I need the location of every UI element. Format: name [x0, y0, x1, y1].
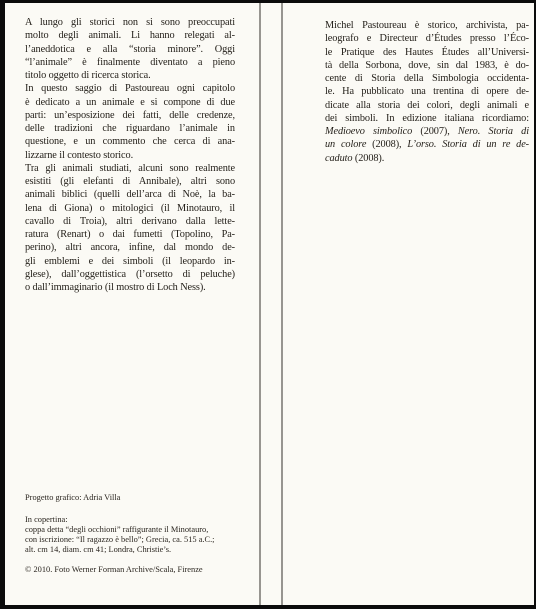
text-line: glese), dall’oggettistica (l’orsetto di … [25, 268, 235, 281]
text-segment: animali biblici (quelli dell’arca di Noè… [25, 189, 235, 200]
text-line: cavallo di Troia), altri derivano dalla … [25, 215, 235, 228]
text-segment: cente di Storia della Simbologia occiden… [325, 73, 529, 84]
text-segment: l’aneddotica e alla “storia minore”. Ogg… [25, 44, 235, 55]
text-segment: lizzarne il contesto storico. [25, 150, 133, 161]
text-segment: con iscrizione: “Il ragazzo è bello”; Gr… [25, 535, 215, 544]
author-bio-text: Michel Pastoureau è storico, archivista,… [325, 19, 529, 165]
text-segment: lena di Giona) o mitologici (il Minotaur… [25, 203, 235, 214]
text-segment: le Pratique des Hautes Études all’Univer… [325, 47, 529, 58]
text-segment: tà della Sorbona, dove, sin dal 1983, è … [325, 60, 529, 71]
text-line: Medioevo simbolico (2007), Nero. Storia … [325, 125, 529, 138]
text-line: o dall’immaginario (il mostro di Loch Ne… [25, 281, 235, 294]
book-title-italic: Medioevo simbolico [325, 126, 412, 137]
text-segment: ratura (Renart) o dai fumetti (Topolino,… [25, 229, 235, 240]
book-title-italic: L’orso. Storia di un re de- [407, 139, 529, 150]
text-line: ratura (Renart) o dai fumetti (Topolino,… [25, 228, 235, 241]
text-line: titolo oggetto di ricerca storica. [25, 69, 235, 82]
text-line: le. Ha pubblicato una trentina di opere … [325, 85, 529, 98]
text-segment: alt. cm 14, diam. cm 41; Londra, Christi… [25, 545, 171, 554]
text-segment: le. Ha pubblicato una trentina di opere … [325, 86, 529, 97]
text-segment: dei simboli. In edizione italiana ricord… [325, 113, 529, 124]
text-line: con iscrizione: “Il ragazzo è bello”; Gr… [25, 535, 257, 545]
book-title-italic: Nero. Storia di [458, 126, 529, 137]
text-line: parti: un’esposizione dei fatti, delle c… [25, 109, 235, 122]
text-line: delle tradizioni che riguardano l’animal… [25, 122, 235, 135]
text-line: “l’animale” è finalmente diventato a pie… [25, 56, 235, 69]
text-segment: cavallo di Troia), altri derivano dalla … [25, 216, 235, 227]
text-line: alt. cm 14, diam. cm 41; Londra, Christi… [25, 545, 257, 555]
text-line: caduto (2008). [325, 152, 529, 165]
text-line: dicate alla storia dei colori, degli ani… [325, 99, 529, 112]
text-segment: Tra gli animali studiati, alcuni sono re… [25, 163, 235, 174]
text-segment: Michel Pastoureau è storico, archivista,… [325, 20, 529, 31]
text-segment: coppa detta “degli occhioni” raffigurant… [25, 525, 208, 534]
text-segment: In copertina: [25, 515, 68, 524]
text-line: lizzarne il contesto storico. [25, 149, 235, 162]
text-segment: delle tradizioni che riguardano l’animal… [25, 123, 235, 134]
book-title-italic: caduto [325, 153, 352, 164]
text-line: leografo e Directeur d’Études presso l’É… [325, 32, 529, 45]
book-title-italic: un colore [325, 139, 366, 150]
book-spread-frame: A lungo gli storici non si sono preoccup… [0, 0, 536, 609]
text-line: molto degli animali. Li hanno relegati a… [25, 29, 235, 42]
text-line: Tra gli animali studiati, alcuni sono re… [25, 162, 235, 175]
text-line: l’aneddotica e alla “storia minore”. Ogg… [25, 43, 235, 56]
text-segment: A lungo gli storici non si sono preoccup… [25, 17, 235, 28]
text-segment: perino), altri ancora, infine, dal mondo… [25, 242, 235, 253]
text-segment: esistiti (gli elefanti di Annibale), alt… [25, 176, 235, 187]
text-line: esistiti (gli elefanti di Annibale), alt… [25, 175, 235, 188]
text-line: animali biblici (quelli dell’arca di Noè… [25, 188, 235, 201]
text-line: è dedicato a un animale e si compone di … [25, 96, 235, 109]
text-line: un colore (2008), L’orso. Storia di un r… [325, 138, 529, 151]
left-flap-synopsis-text: A lungo gli storici non si sono preoccup… [25, 16, 235, 294]
text-segment: è dedicato a un animale e si compone di … [25, 97, 235, 108]
text-line: tà della Sorbona, dove, sin dal 1983, è … [325, 59, 529, 72]
text-line: coppa detta “degli occhioni” raffigurant… [25, 525, 257, 535]
text-line: gli emblemi e dei simboli (il leopardo i… [25, 255, 235, 268]
text-line: cente di Storia della Simbologia occiden… [325, 72, 529, 85]
text-line: questione, e un commento che cerca di an… [25, 135, 235, 148]
text-segment: gli emblemi e dei simboli (il leopardo i… [25, 256, 235, 267]
text-segment: (2008), [366, 139, 407, 150]
copyright-credit: © 2010. Foto Werner Forman Archive/Scala… [25, 565, 257, 575]
text-segment: o dall’immaginario (il mostro di Loch Ne… [25, 282, 206, 293]
text-line: Michel Pastoureau è storico, archivista,… [325, 19, 529, 32]
gutter-line-left [259, 3, 261, 605]
text-segment: dicate alla storia dei colori, degli ani… [325, 100, 529, 111]
text-line: perino), altri ancora, infine, dal mondo… [25, 241, 235, 254]
text-line: In copertina: [25, 515, 257, 525]
text-segment: molto degli animali. Li hanno relegati a… [25, 30, 235, 41]
text-segment: leografo e Directeur d’Études presso l’É… [325, 33, 529, 44]
text-line: lena di Giona) o mitologici (il Minotaur… [25, 202, 235, 215]
text-line: In questo saggio di Pastoureau ogni capi… [25, 82, 235, 95]
text-line: dei simboli. In edizione italiana ricord… [325, 112, 529, 125]
text-segment: parti: un’esposizione dei fatti, delle c… [25, 110, 235, 121]
text-segment: titolo oggetto di ricerca storica. [25, 70, 151, 81]
text-segment: (2008). [352, 153, 384, 164]
text-segment: “l’animale” è finalmente diventato a pie… [25, 57, 235, 68]
credits-block: Progetto grafico: Adria Villa In coperti… [25, 493, 257, 574]
text-segment: (2007), [412, 126, 458, 137]
cover-credit: In copertina:coppa detta “degli occhioni… [25, 515, 257, 555]
text-segment: glese), dall’oggettistica (l’orsetto di … [25, 269, 235, 280]
book-flap-paper: A lungo gli storici non si sono preoccup… [5, 3, 534, 605]
gutter-line-right [281, 3, 283, 605]
text-segment: In questo saggio di Pastoureau ogni capi… [25, 83, 235, 94]
text-line: A lungo gli storici non si sono preoccup… [25, 16, 235, 29]
text-segment: questione, e un commento che cerca di an… [25, 136, 235, 147]
design-credit: Progetto grafico: Adria Villa [25, 493, 257, 503]
text-line: le Pratique des Hautes Études all’Univer… [325, 46, 529, 59]
